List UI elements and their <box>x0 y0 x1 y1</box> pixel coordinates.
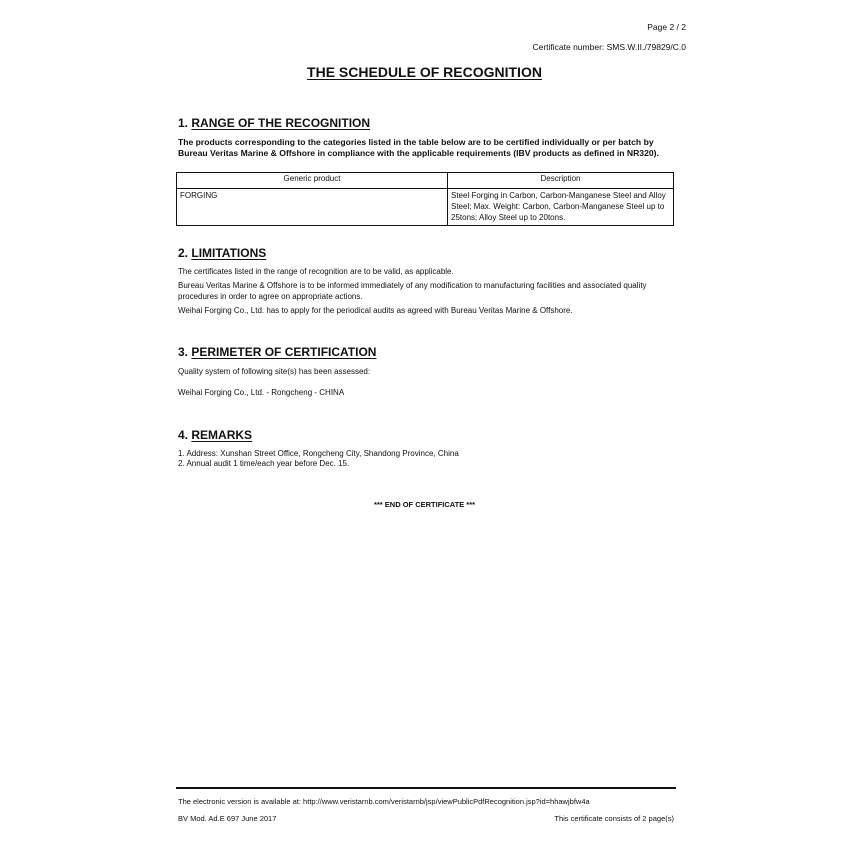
page-number: Page 2 / 2 <box>647 22 686 32</box>
section-heading-perimeter: 3. PERIMETER OF CERTIFICATION <box>178 345 376 359</box>
electronic-version-link[interactable]: The electronic version is available at: … <box>178 797 590 806</box>
form-reference: BV Mod. Ad.E 697 June 2017 <box>178 814 276 823</box>
limitations-paragraph: The certificates listed in the range of … <box>178 266 676 277</box>
document-title: THE SCHEDULE OF RECOGNITION <box>0 64 849 80</box>
description-cell: Steel Forging in Carbon, Carbon-Manganes… <box>448 189 674 226</box>
end-of-certificate: *** END OF CERTIFICATE *** <box>0 500 849 509</box>
section-heading-limitations: 2. LIMITATIONS <box>178 246 266 260</box>
document-title-text: THE SCHEDULE OF RECOGNITION <box>307 64 542 80</box>
table-header-row: Generic product Description <box>177 173 674 189</box>
section-heading-remarks: 4. REMARKS <box>178 428 252 442</box>
section-title: LIMITATIONS <box>191 246 266 260</box>
page-count-note: This certificate consists of 2 page(s) <box>554 814 674 823</box>
table-row: FORGING Steel Forging in Carbon, Carbon-… <box>177 189 674 226</box>
section-number: 4. <box>178 428 188 442</box>
section-number: 3. <box>178 345 188 359</box>
table-header-generic-product: Generic product <box>177 173 448 189</box>
limitations-paragraph: Bureau Veritas Marine & Offshore is to b… <box>178 280 676 302</box>
section-heading-range: 1. RANGE OF THE RECOGNITION <box>178 116 370 130</box>
section-title: PERIMETER OF CERTIFICATION <box>191 345 376 359</box>
footer-divider <box>176 787 676 789</box>
perimeter-site: Weihai Forging Co., Ltd. - Rongcheng - C… <box>178 387 676 398</box>
remark-item: 2. Annual audit 1 time/each year before … <box>178 458 676 469</box>
table-header-description: Description <box>448 173 674 189</box>
section-title: RANGE OF THE RECOGNITION <box>191 116 370 130</box>
section-title: REMARKS <box>191 428 252 442</box>
range-intro: The products corresponding to the catego… <box>178 137 678 159</box>
section-number: 2. <box>178 246 188 260</box>
recognition-table: Generic product Description FORGING Stee… <box>176 172 674 226</box>
perimeter-paragraph: Quality system of following site(s) has … <box>178 366 676 377</box>
section-number: 1. <box>178 116 188 130</box>
certificate-number: Certificate number: SMS.W.II./79829/C.0 <box>532 42 686 52</box>
limitations-paragraph: Weihai Forging Co., Ltd. has to apply fo… <box>178 305 676 316</box>
product-cell: FORGING <box>177 189 448 226</box>
